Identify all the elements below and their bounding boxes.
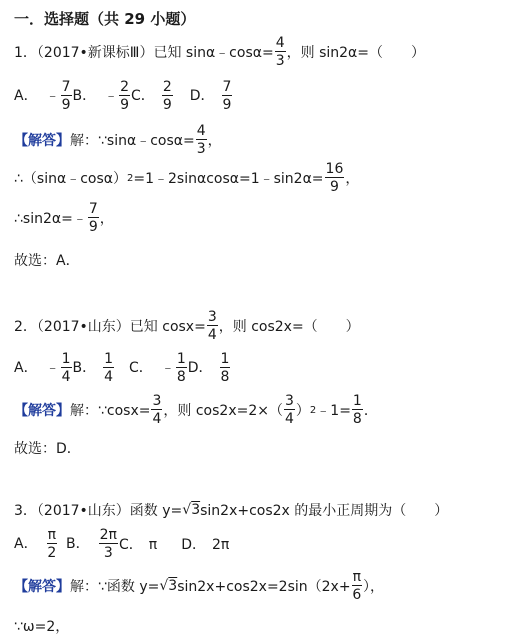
question-1-stem: 1．（2017•新课标Ⅲ）已知 sinα﹣cosα= 43 ，则 sin2α=（…	[14, 36, 425, 68]
question-1-solution-line-3: ∴sin2α=﹣ 79 ，	[14, 202, 114, 234]
answer-tag: 【解答】	[14, 400, 70, 420]
option-d[interactable]: D．2π	[181, 534, 229, 554]
question-2-stem: 2．（2017•山东）已知 cosx= 34 ，则 cos2x=（ ）	[14, 310, 360, 342]
question-1-solution-line-2: ∴（sinα﹣cosα） 2 =1﹣2sinαcosα=1﹣sin2α= 169…	[14, 162, 359, 194]
option-a[interactable]: A．﹣79	[14, 80, 73, 112]
option-b[interactable]: B．﹣29	[73, 80, 132, 112]
option-b[interactable]: B．14	[73, 352, 116, 384]
question-3-solution-line-2: ∵ω=2，	[14, 616, 69, 636]
fraction: 43	[275, 36, 286, 68]
question-3-stem: 3．（2017•山东）函数 y= √3 sin2x+cos2x 的最小正周期为（…	[14, 500, 448, 520]
option-c[interactable]: C．﹣18	[129, 352, 188, 384]
question-2-solution-line-1: 【解答】 解：∵cosx= 34 ，则 cos2x=2×（ 34 ） 2 ﹣1=…	[14, 394, 378, 426]
option-a[interactable]: A．π2	[14, 528, 58, 560]
answer-tag: 【解答】	[14, 576, 70, 596]
question-3-solution-line-1: 【解答】 解：∵函数 y= √3 sin2x+cos2x=2sin（2x+ π6…	[14, 570, 384, 602]
option-d[interactable]: D．18	[188, 352, 232, 384]
question-1-solution-line-1: 【解答】 解：∵sinα﹣cosα= 43 ，	[14, 124, 222, 156]
section-title: 一．选择题（共 29 小题）	[14, 8, 195, 29]
option-c[interactable]: C．29	[131, 80, 174, 112]
question-3-options: A．π2 B．2π3 C．π D．2π	[14, 528, 229, 560]
option-c[interactable]: C．π	[119, 534, 157, 554]
question-2-options: A．﹣14 B．14 C．﹣18 D．18	[14, 352, 231, 384]
option-b[interactable]: B．2π3	[66, 528, 119, 560]
question-2-answer: 故选：D．	[14, 438, 81, 458]
question-1-options: A．﹣79 B．﹣29 C．29 D．79	[14, 80, 233, 112]
question-1-answer: 故选：A．	[14, 250, 80, 270]
option-a[interactable]: A．﹣14	[14, 352, 73, 384]
answer-tag: 【解答】	[14, 130, 70, 150]
option-d[interactable]: D．79	[190, 80, 234, 112]
